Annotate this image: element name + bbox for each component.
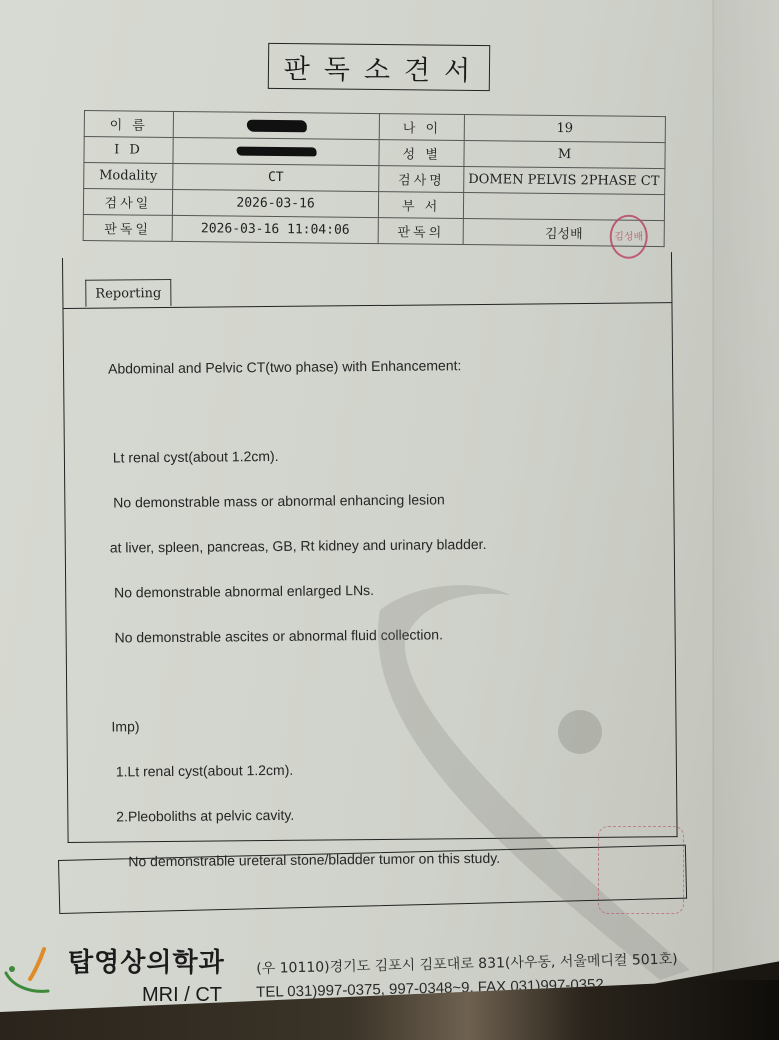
- label-read-date: 판독일: [83, 214, 172, 241]
- finding-line: No demonstrable abnormal enlarged LNs.: [110, 582, 497, 601]
- label-modality: Modality: [84, 163, 173, 190]
- value-read-date: 2026-03-16 11:04:06: [172, 215, 379, 243]
- value-name: [173, 111, 380, 139]
- label-id: I D: [84, 137, 173, 164]
- clinic-name: 탑영상의학과: [68, 942, 225, 979]
- value-modality: CT: [172, 163, 379, 191]
- clinic-logo-icon: [4, 945, 52, 995]
- paper-fold: [712, 0, 714, 980]
- finding-line: at liver, spleen, pancreas, GB, Rt kidne…: [110, 537, 497, 556]
- finding-line: No demonstrable ascites or abnormal flui…: [111, 627, 498, 646]
- finding-line: Lt renal cyst(about 1.2cm).: [109, 447, 496, 466]
- clinic-subtitle: MRI / CT: [142, 984, 222, 1007]
- label-sex: 성 별: [379, 140, 464, 167]
- radiologist-name: 김성배: [545, 227, 583, 242]
- document-title: 판독소견서: [268, 43, 490, 91]
- value-exam-date: 2026-03-16: [172, 189, 379, 217]
- label-radiologist: 판독의: [378, 218, 463, 245]
- redaction-mark: [236, 147, 316, 157]
- tab-reporting: Reporting: [85, 279, 171, 307]
- clinic-address: (우 10110)경기도 김포시 김포대로 831(사우동, 서울메디컬 501…: [256, 948, 678, 978]
- report-heading: Abdominal and Pelvic CT(two phase) with …: [108, 358, 495, 377]
- value-age: 19: [464, 114, 665, 142]
- clinic-contact: TEL 031)997-0375, 997-0348~9, FAX 031)99…: [256, 976, 604, 1001]
- paper-sheet: 판독소견서 이 름 나 이 19 I D 성 별 M Modality CT 검…: [0, 0, 779, 1012]
- label-exam-name: 검사명: [379, 166, 464, 193]
- value-id: [173, 137, 380, 165]
- label-name: 이 름: [84, 111, 173, 138]
- patient-info-table: 이 름 나 이 19 I D 성 별 M Modality CT 검사명 DOM…: [83, 110, 666, 247]
- table-row: 판독일 2026-03-16 11:04:06 판독의 김성배 김성배: [83, 214, 664, 246]
- label-exam-date: 검사일: [83, 189, 172, 216]
- impression-line: 2.Pleoboliths at pelvic cavity.: [112, 806, 499, 825]
- label-age: 나 이: [379, 114, 464, 141]
- finding-line: No demonstrable mass or abnormal enhanci…: [109, 492, 496, 511]
- impression-label: Imp): [111, 716, 498, 735]
- impression-line: 1.Lt renal cyst(about 1.2cm).: [112, 761, 499, 780]
- value-radiologist: 김성배 김성배: [463, 218, 664, 246]
- value-sex: M: [464, 140, 665, 168]
- redaction-mark: [246, 119, 306, 132]
- report-body: Abdominal and Pelvic CT(two phase) with …: [108, 328, 501, 900]
- report-frame: Reporting Abdominal and Pelvic CT(two ph…: [62, 252, 678, 843]
- paper-edge-shade: [713, 0, 779, 1000]
- value-exam-name: DOMEN PELVIS 2PHASE CT: [464, 166, 665, 194]
- label-department: 부 서: [379, 192, 464, 219]
